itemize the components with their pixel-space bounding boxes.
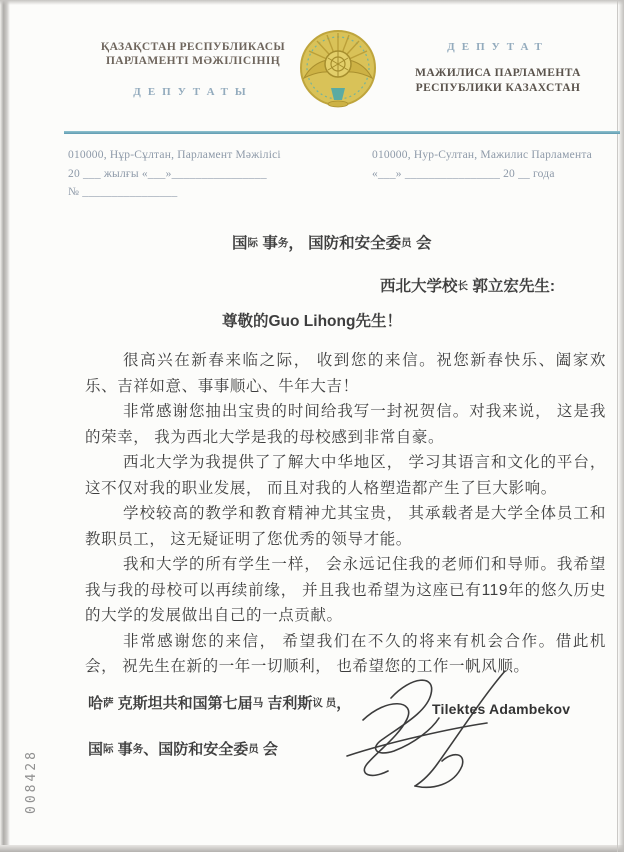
letter-body: 很高兴在新春来临之际， 收到您的来信。祝您新春快乐、阖家欢乐、吉祥如意、事事顺心…: [85, 348, 606, 680]
committee-run: 事: [258, 235, 278, 252]
letterhead-russian: ДЕПУТАТ МАЖИЛИСА ПАРЛАМЕНТА РЕСПУБЛИКИ К…: [388, 40, 608, 96]
scan-edge-right: [618, 0, 624, 852]
committee-run: 国: [232, 235, 248, 252]
signer-title-run: 吉利斯: [263, 695, 312, 712]
paragraph: 我和大学的所有学生一样， 会永远记住我的老师们和导师。我希望我与我的母校可以再续…: [85, 552, 606, 629]
address-kk-date-line: 20 ___ жылғы «___»________________: [68, 165, 368, 184]
address-block-kazakh: 010000, Нұр-Сұлтан, Парламент Мәжілісі 2…: [68, 146, 368, 202]
committee-run: 会: [412, 235, 432, 252]
scanned-letter-page: ҚАЗАҚСТАН РЕСПУБЛИКАСЫ ПАРЛАМЕНТІ МӘЖІЛІ…: [0, 0, 624, 852]
salutation: 尊敬的Guo Lihong先生！: [222, 309, 402, 331]
signer-title-line: 哈萨 克斯坦共和国第七届马 吉利斯议 员，: [88, 692, 351, 713]
signer-committee-run-small: 际: [103, 743, 114, 755]
committee-run-small: 员: [401, 237, 412, 249]
address-ru-line1: 010000, Нур-Султан, Мажилис Парламента: [372, 146, 617, 165]
committee-run: ， 国防和安全委: [288, 235, 401, 252]
signer-title-run: 克斯坦共和国第七届: [114, 695, 253, 712]
signer-committee-run: 、国防和安全委: [143, 741, 248, 758]
signer-title-run-small: 萨: [103, 697, 114, 709]
scan-edge-left: [0, 0, 10, 852]
addressee-run: 西北大学校: [380, 278, 458, 295]
scan-edge-top: [0, 0, 624, 5]
letterhead-kk-line2: ПАРЛАМЕНТІ МӘЖІЛІСІНІҢ: [84, 54, 302, 68]
committee-run-small: 务: [278, 237, 289, 249]
address-block-russian: 010000, Нур-Султан, Мажилис Парламента «…: [372, 146, 617, 183]
committee-heading: 国际 事务， 国防和安全委员 会: [232, 231, 431, 253]
paragraph: 西北大学为我提供了了解大中华地区， 学习其语言和文化的平台， 这不仅对我的职业发…: [85, 450, 606, 501]
signer-printed-name: Tilektes Adambekov: [432, 701, 570, 717]
address-ru-date-line: «___» ________________ 20 __ года: [372, 165, 617, 184]
letterhead-kk-deputy: ДЕПУТАТЫ: [84, 85, 302, 99]
paragraph: 很高兴在新春来临之际， 收到您的来信。祝您新春快乐、阖家欢乐、吉祥如意、事事顺心…: [85, 348, 606, 399]
signer-title-run-small: 议 员: [312, 697, 336, 709]
address-kk-line1: 010000, Нұр-Сұлтан, Парламент Мәжілісі: [68, 146, 368, 165]
signer-committee-line: 国际 事务、国防和安全委员 会: [88, 738, 278, 759]
paragraph: 非常感谢您抽出宝贵的时间给我写一封祝贺信。对我来说， 这是我的荣幸， 我为西北大…: [85, 399, 606, 450]
scan-edge-line: [617, 0, 618, 852]
handwritten-signature-icon: [335, 668, 513, 796]
address-kk-number-line: № ________________: [68, 183, 368, 202]
letterhead-ru-line2: РЕСПУБЛИКИ КАЗАХСТАН: [388, 81, 608, 96]
signer-title-run: 哈: [88, 695, 103, 712]
committee-run-small: 际: [248, 237, 259, 249]
addressee-run-small: 长: [458, 280, 469, 292]
signer-committee-run-small: 务: [133, 743, 144, 755]
letterhead-kk-line1: ҚАЗАҚСТАН РЕСПУБЛИКАСЫ: [84, 40, 302, 54]
signer-committee-run: 会: [259, 741, 278, 758]
signer-committee-run-small: 员: [248, 743, 259, 755]
scan-edge-bottom: [0, 845, 624, 852]
kazakhstan-emblem-icon: [296, 24, 380, 118]
signer-title-run-small: 马: [253, 697, 264, 709]
letterhead-ru-deputy: ДЕПУТАТ: [388, 40, 608, 55]
letterhead-kazakh: ҚАЗАҚСТАН РЕСПУБЛИКАСЫ ПАРЛАМЕНТІ МӘЖІЛІ…: [84, 40, 302, 99]
document-serial-number: 008428: [24, 749, 39, 814]
signer-committee-run: 事: [114, 741, 133, 758]
addressee-line: 西北大学校长 郭立宏先生:: [380, 274, 555, 296]
signer-committee-run: 国: [88, 741, 103, 758]
paragraph: 学校较高的教学和教育精神尤其宝贵， 其承载者是大学全体员工和教职员工， 这无疑证…: [85, 501, 606, 552]
addressee-run: 郭立宏先生:: [468, 278, 555, 295]
letterhead-divider-rule: [64, 131, 620, 134]
letterhead-ru-line1: МАЖИЛИСА ПАРЛАМЕНТА: [388, 66, 608, 81]
